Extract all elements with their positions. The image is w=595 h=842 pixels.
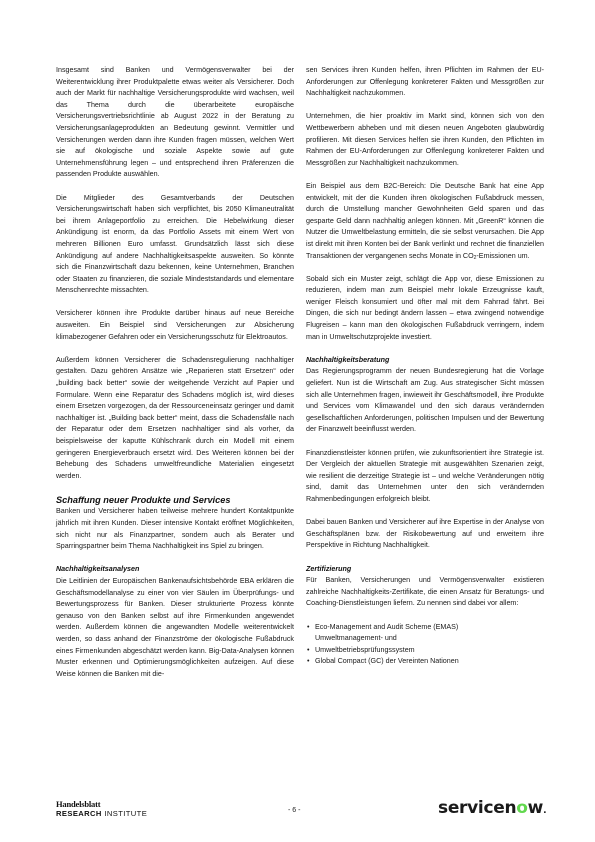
paragraph: Finanzdienstleister können prüfen, wie z… — [306, 448, 544, 506]
subsection-heading: Zertifizierung — [306, 564, 544, 576]
list-item-text: Umweltbetriebsprüfungssystem — [315, 645, 544, 657]
paragraph: Dabei bauen Banken und Versicherer auf i… — [306, 517, 544, 552]
subsection-heading: Nachhaltigkeitsberatung — [306, 355, 544, 367]
bullet-icon: • — [307, 656, 310, 668]
paragraph: Das Regierungsprogramm der neuen Bundesr… — [306, 366, 544, 436]
bullet-icon: • — [307, 622, 310, 634]
list-item: • Umweltbetriebsprüfungssystem — [306, 645, 544, 657]
page-number: - 6 - — [288, 807, 300, 814]
paragraph: Sobald sich ein Muster zeigt, schlägt di… — [306, 274, 544, 344]
right-column: sen Services ihren Kunden helfen, ihren … — [306, 65, 544, 668]
paragraph: Ein Beispiel aus dem B2C-Bereich: Die De… — [306, 181, 544, 262]
paragraph-text: -Emissionen um. — [476, 252, 529, 260]
paragraph: Versicherer können ihre Produkte darüber… — [56, 308, 294, 343]
logo-text: w — [528, 798, 543, 818]
bullet-list: • Eco-Management and Audit Scheme (EMAS)… — [306, 622, 544, 668]
logo-research-institute: RESEARCH INSTITUTE — [56, 809, 147, 819]
paragraph: Banken und Versicherer haben teilweise m… — [56, 506, 294, 552]
document-page: Insgesamt sind Banken und Vermögensverwa… — [0, 0, 595, 842]
paragraph: sen Services ihren Kunden helfen, ihren … — [306, 65, 544, 100]
logo-text: servicen — [438, 798, 516, 818]
paragraph: Die Leitlinien der Europäischen Bankenau… — [56, 576, 294, 680]
bullet-icon: • — [307, 645, 310, 657]
logo-dot: . — [543, 806, 546, 816]
list-item: • Global Compact (GC) der Vereinten Nati… — [306, 656, 544, 668]
section-heading: Schaffung neuer Produkte und Services — [56, 494, 294, 506]
list-item-text: Global Compact (GC) der Vereinten Nation… — [315, 656, 544, 668]
logo-accent-o: o — [516, 798, 527, 818]
list-item-text: Eco-Management and Audit Scheme (EMAS) — [315, 622, 544, 634]
logo-handelsblatt: Handelsblatt — [56, 800, 147, 809]
logo-research: RESEARCH — [56, 809, 102, 818]
logo-institute: INSTITUTE — [102, 809, 147, 818]
paragraph: Die Mitglieder des Gesamtverbands der De… — [56, 193, 294, 297]
left-column: Insgesamt sind Banken und Vermögensverwa… — [56, 65, 294, 680]
servicenow-logo: servicenow. — [438, 798, 546, 818]
paragraph: Für Banken, Versicherungen und Vermögens… — [306, 575, 544, 610]
page-footer: Handelsblatt RESEARCH INSTITUTE - 6 - se… — [0, 795, 595, 835]
list-item: • Eco-Management and Audit Scheme (EMAS)… — [306, 622, 544, 645]
paragraph-text: Ein Beispiel aus dem B2C-Bereich: Die De… — [306, 182, 544, 260]
paragraph: Insgesamt sind Banken und Vermögensverwa… — [56, 65, 294, 181]
subsection-heading: Nachhaltigkeitsanalysen — [56, 564, 294, 576]
handelsblatt-research-institute-logo: Handelsblatt RESEARCH INSTITUTE — [56, 800, 147, 819]
paragraph: Unternehmen, die hier proaktiv im Markt … — [306, 111, 544, 169]
list-item-text: Umweltmanagement- und — [315, 633, 544, 645]
paragraph: Außerdem können Versicherer die Schadens… — [56, 355, 294, 483]
